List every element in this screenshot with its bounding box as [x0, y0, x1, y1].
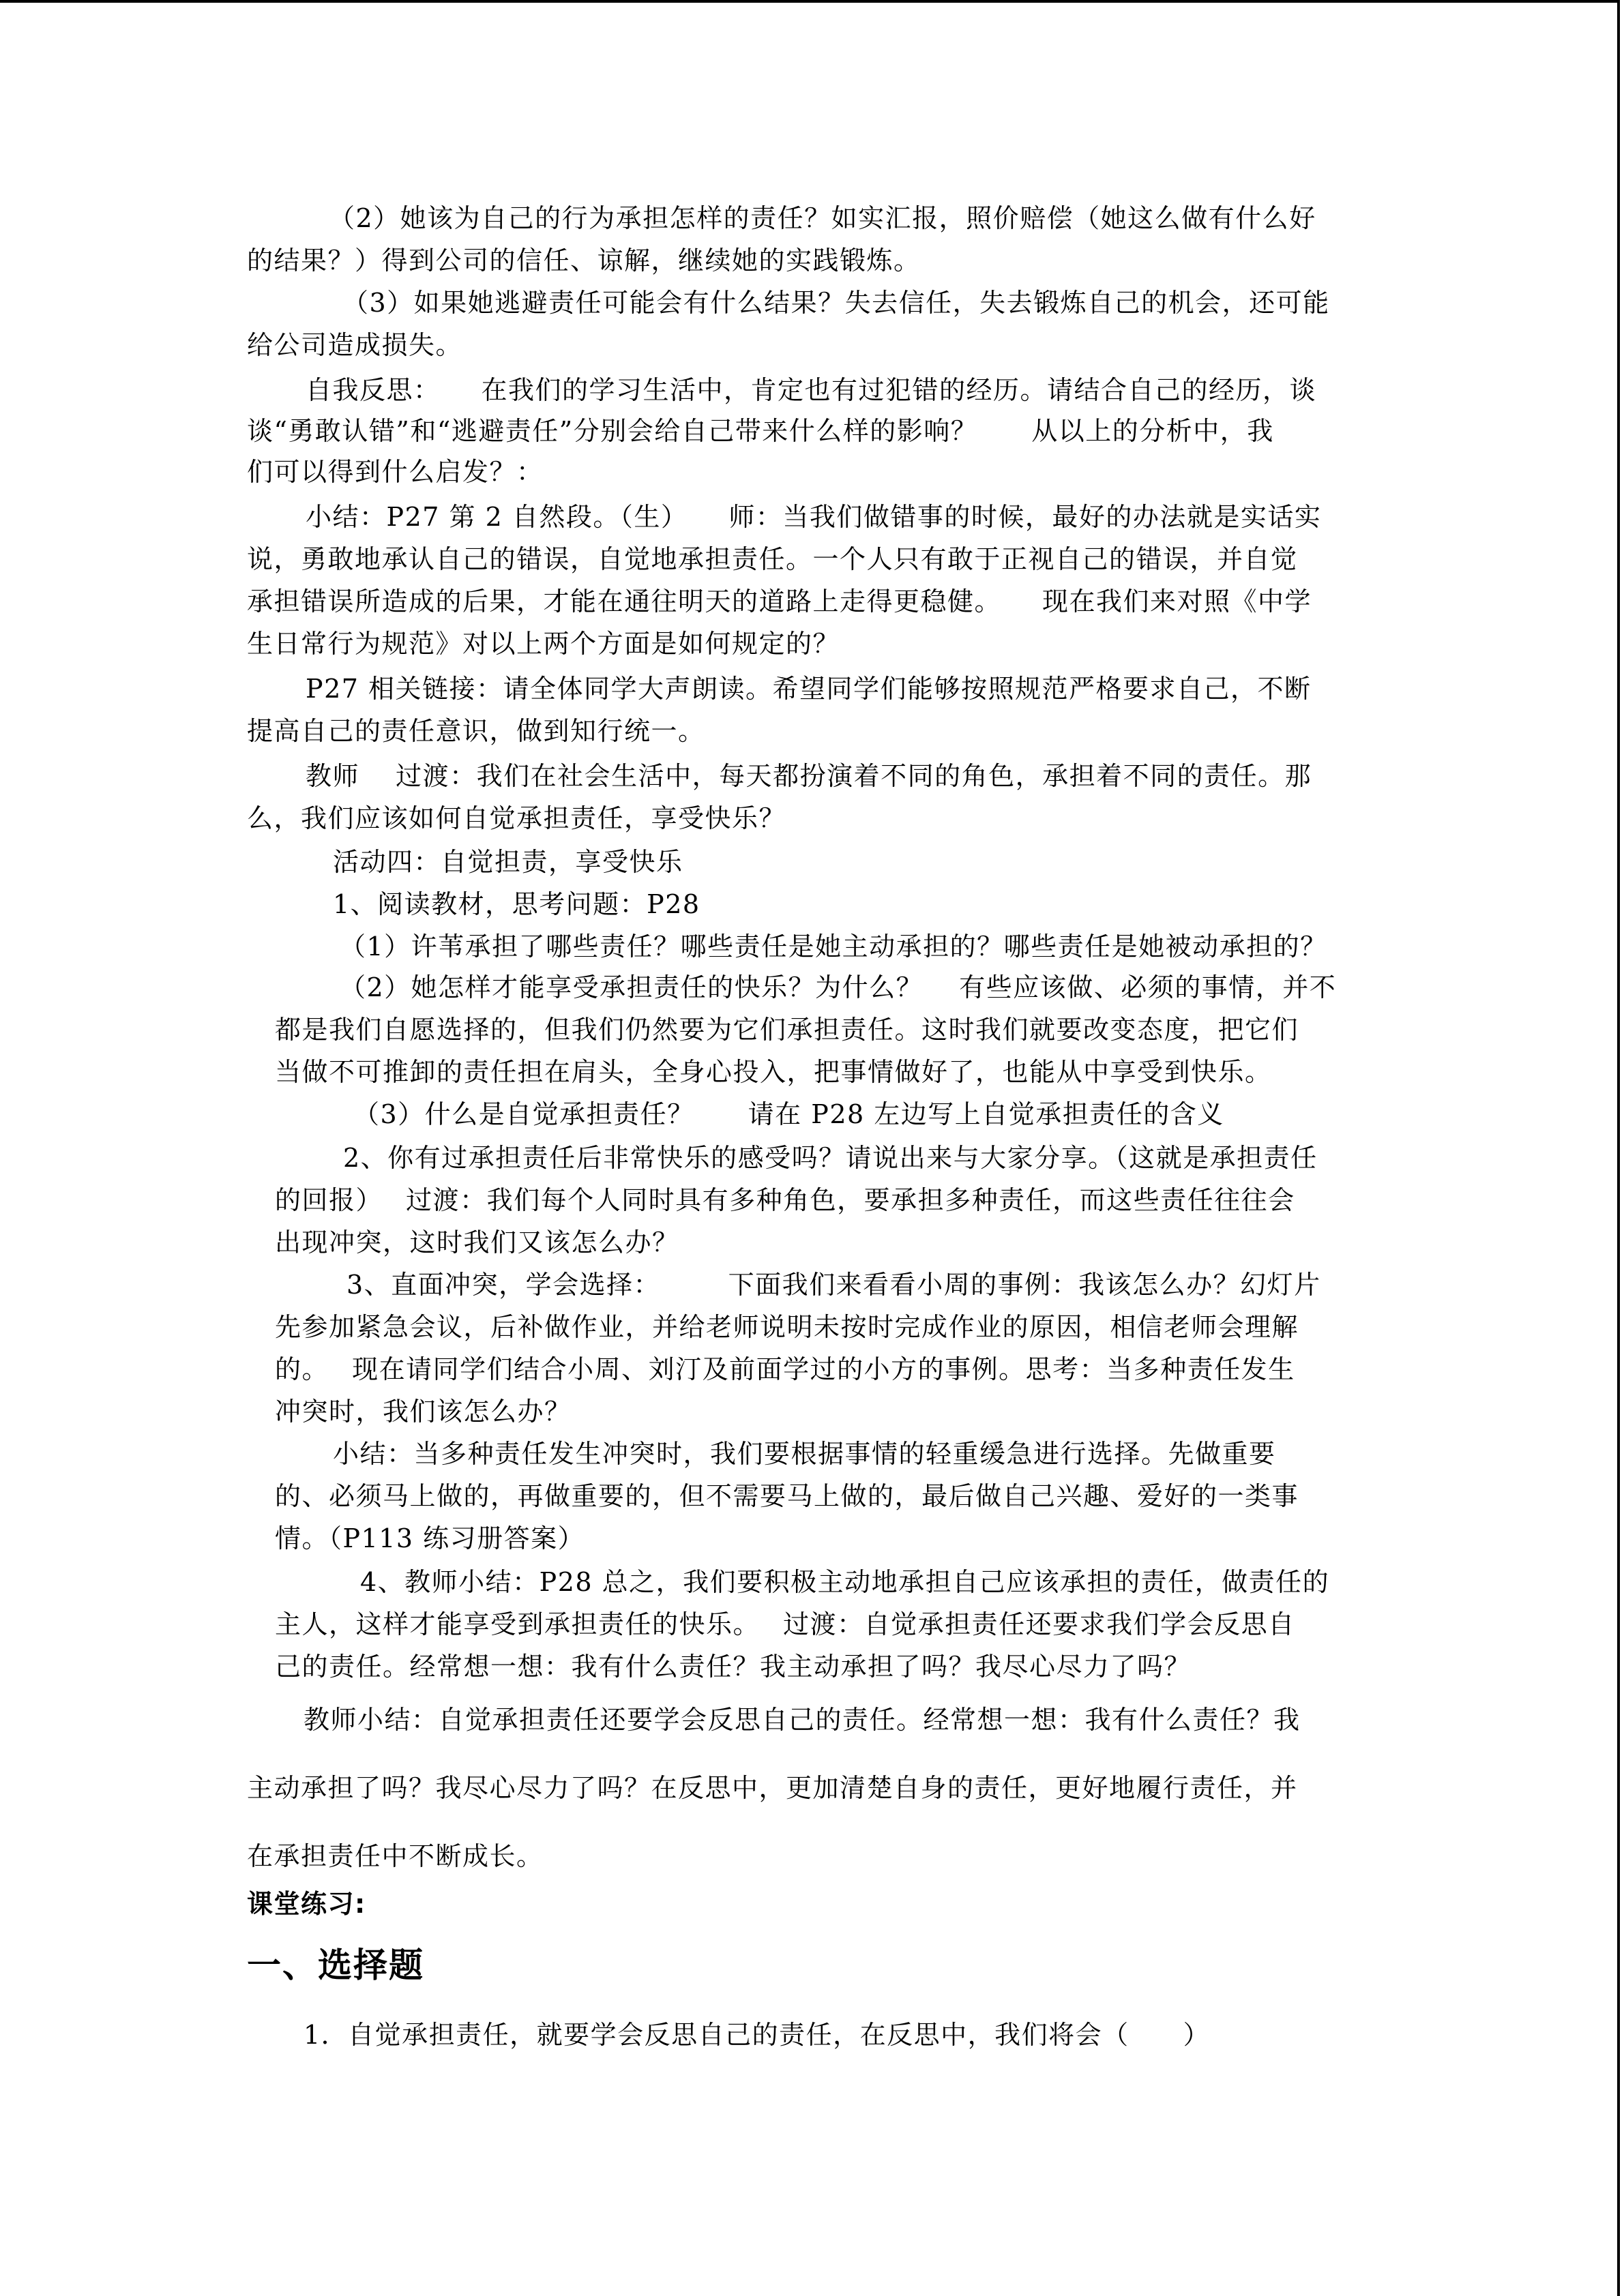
section-label-classroom-practice: 课堂练习: — [247, 1889, 366, 1919]
text-line: 先参加紧急会议，后补做作业，并给老师说明未按时完成作业的原因，相信老师会理解 — [275, 1312, 1299, 1342]
text-line: 都是我们自愿选择的，但我们仍然要为它们承担责任。这时我们就要改变态度，把它们 — [275, 1015, 1299, 1045]
text-line: （3）如果她逃避责任可能会有什么结果？失去信任，失去锻炼自己的机会，还可能 — [342, 288, 1330, 318]
text-line: 提高自己的责任意识，做到知行统一。 — [247, 716, 705, 746]
text-line: 主动承担了吗？我尽心尽力了吗？在反思中，更加清楚自身的责任，更好地履行责任，并 — [247, 1773, 1298, 1803]
text-line: （1）许苇承担了哪些责任？哪些责任是她主动承担的？哪些责任是她被动承担的？ — [340, 931, 1327, 961]
text-line: （2）她怎样才能享受承担责任的快乐？为什么？ 有些应该做、必须的事情，并不 — [340, 972, 1336, 1002]
text-line: 3、直面冲突，学会选择： 下面我们来看看小周的事例：我该怎么办？幻灯片 — [346, 1270, 1321, 1300]
text-line: 么，我们应该如何自觉承担责任，享受快乐？ — [247, 803, 786, 833]
text-line: 谈“勇敢认错”和“逃避责任”分别会给自己带来什么样的影响？ 从以上的分析中，我 — [247, 416, 1274, 446]
text-line: 在承担责任中不断成长。 — [247, 1841, 544, 1871]
text-line: 说，勇敢地承认自己的错误，自觉地承担责任。一个人只有敢于正视自己的错误，并自觉 — [247, 544, 1298, 574]
text-line: 的。 现在请同学们结合小周、刘汀及前面学过的小方的事例。思考：当多种责任发生 — [275, 1354, 1295, 1384]
text-line: 冲突时，我们该怎么办？ — [275, 1397, 572, 1427]
text-line: 教师小结：自觉承担责任还要学会反思自己的责任。经常想一想：我有什么责任？我 — [304, 1705, 1301, 1735]
text-line: 4、教师小结：P28 总之，我们要积极主动地承担自己应该承担的责任，做责任的 — [360, 1567, 1329, 1597]
text-line: 当做不可推卸的责任担在肩头，全身心投入，把事情做好了，也能从中享受到快乐。 — [275, 1057, 1272, 1087]
text-line: 的回报） 过渡：我们每个人同时具有多种角色，要承担多种责任，而这些责任往往会 — [275, 1185, 1295, 1215]
text-line: 的结果？）得到公司的信任、谅解，继续她的实践锻炼。 — [247, 245, 921, 275]
text-line: （3）什么是自觉承担责任？ 请在 P28 左边写上自觉承担责任的含义 — [353, 1099, 1224, 1129]
text-line: 小结：当多种责任发生冲突时，我们要根据事情的轻重缓急进行选择。先做重要 — [333, 1439, 1276, 1469]
text-line: 1、阅读教材，思考问题：P28 — [333, 889, 700, 919]
question-item: 1．自觉承担责任，就要学会反思自己的责任，在反思中，我们将会（ ） — [304, 2020, 1210, 2050]
text-line: 给公司造成损失。 — [247, 330, 462, 360]
text-line: 主人，这样才能享受到承担责任的快乐。 过渡：自觉承担责任还要求我们学会反思自 — [275, 1609, 1295, 1639]
text-line: 己的责任。经常想一想：我有什么责任？我主动承担了吗？我尽心尽力了吗？ — [275, 1652, 1191, 1682]
text-line: 情。（P113 练习册答案） — [275, 1523, 585, 1553]
text-line: 活动四：自觉担责，享受快乐 — [333, 847, 683, 877]
text-line: P27 相关链接：请全体同学大声朗读。希望同学们能够按照规范严格要求自己，不断 — [306, 674, 1312, 704]
text-line: 2、你有过承担责任后非常快乐的感受吗？请说出来与大家分享。（这就是承担责任 — [343, 1143, 1318, 1173]
text-line: 自我反思： 在我们的学习生活中，肯定也有过犯错的经历。请结合自己的经历，谈 — [306, 375, 1316, 405]
text-line: 的、必须马上做的，再做重要的，但不需要马上做的，最后做自己兴趣、爱好的一类事 — [275, 1481, 1299, 1511]
text-line: （2）她该为自己的行为承担怎样的责任？如实汇报，照价赔偿（她这么做有什么好 — [329, 203, 1316, 233]
document-page: （2）她该为自己的行为承担怎样的责任？如实汇报，照价赔偿（她这么做有什么好的结果… — [0, 0, 1620, 2296]
text-line: 生日常行为规范》对以上两个方面是如何规定的？ — [247, 629, 840, 659]
text-line: 承担错误所造成的后果，才能在通往明天的道路上走得更稳健。 现在我们来对照《中学 — [247, 586, 1312, 616]
text-line: 出现冲突，这时我们又该怎么办？ — [275, 1227, 679, 1257]
text-line: 小结：P27 第 2 自然段。（生） 师：当我们做错事的时候，最好的办法就是实话… — [306, 502, 1321, 532]
heading-multiple-choice: 一、选择题 — [247, 1945, 424, 1986]
text-line: 教师 过渡：我们在社会生活中，每天都扮演着不同的角色，承担着不同的责任。那 — [306, 761, 1312, 791]
text-line: 们可以得到什么启发？： — [247, 457, 544, 487]
